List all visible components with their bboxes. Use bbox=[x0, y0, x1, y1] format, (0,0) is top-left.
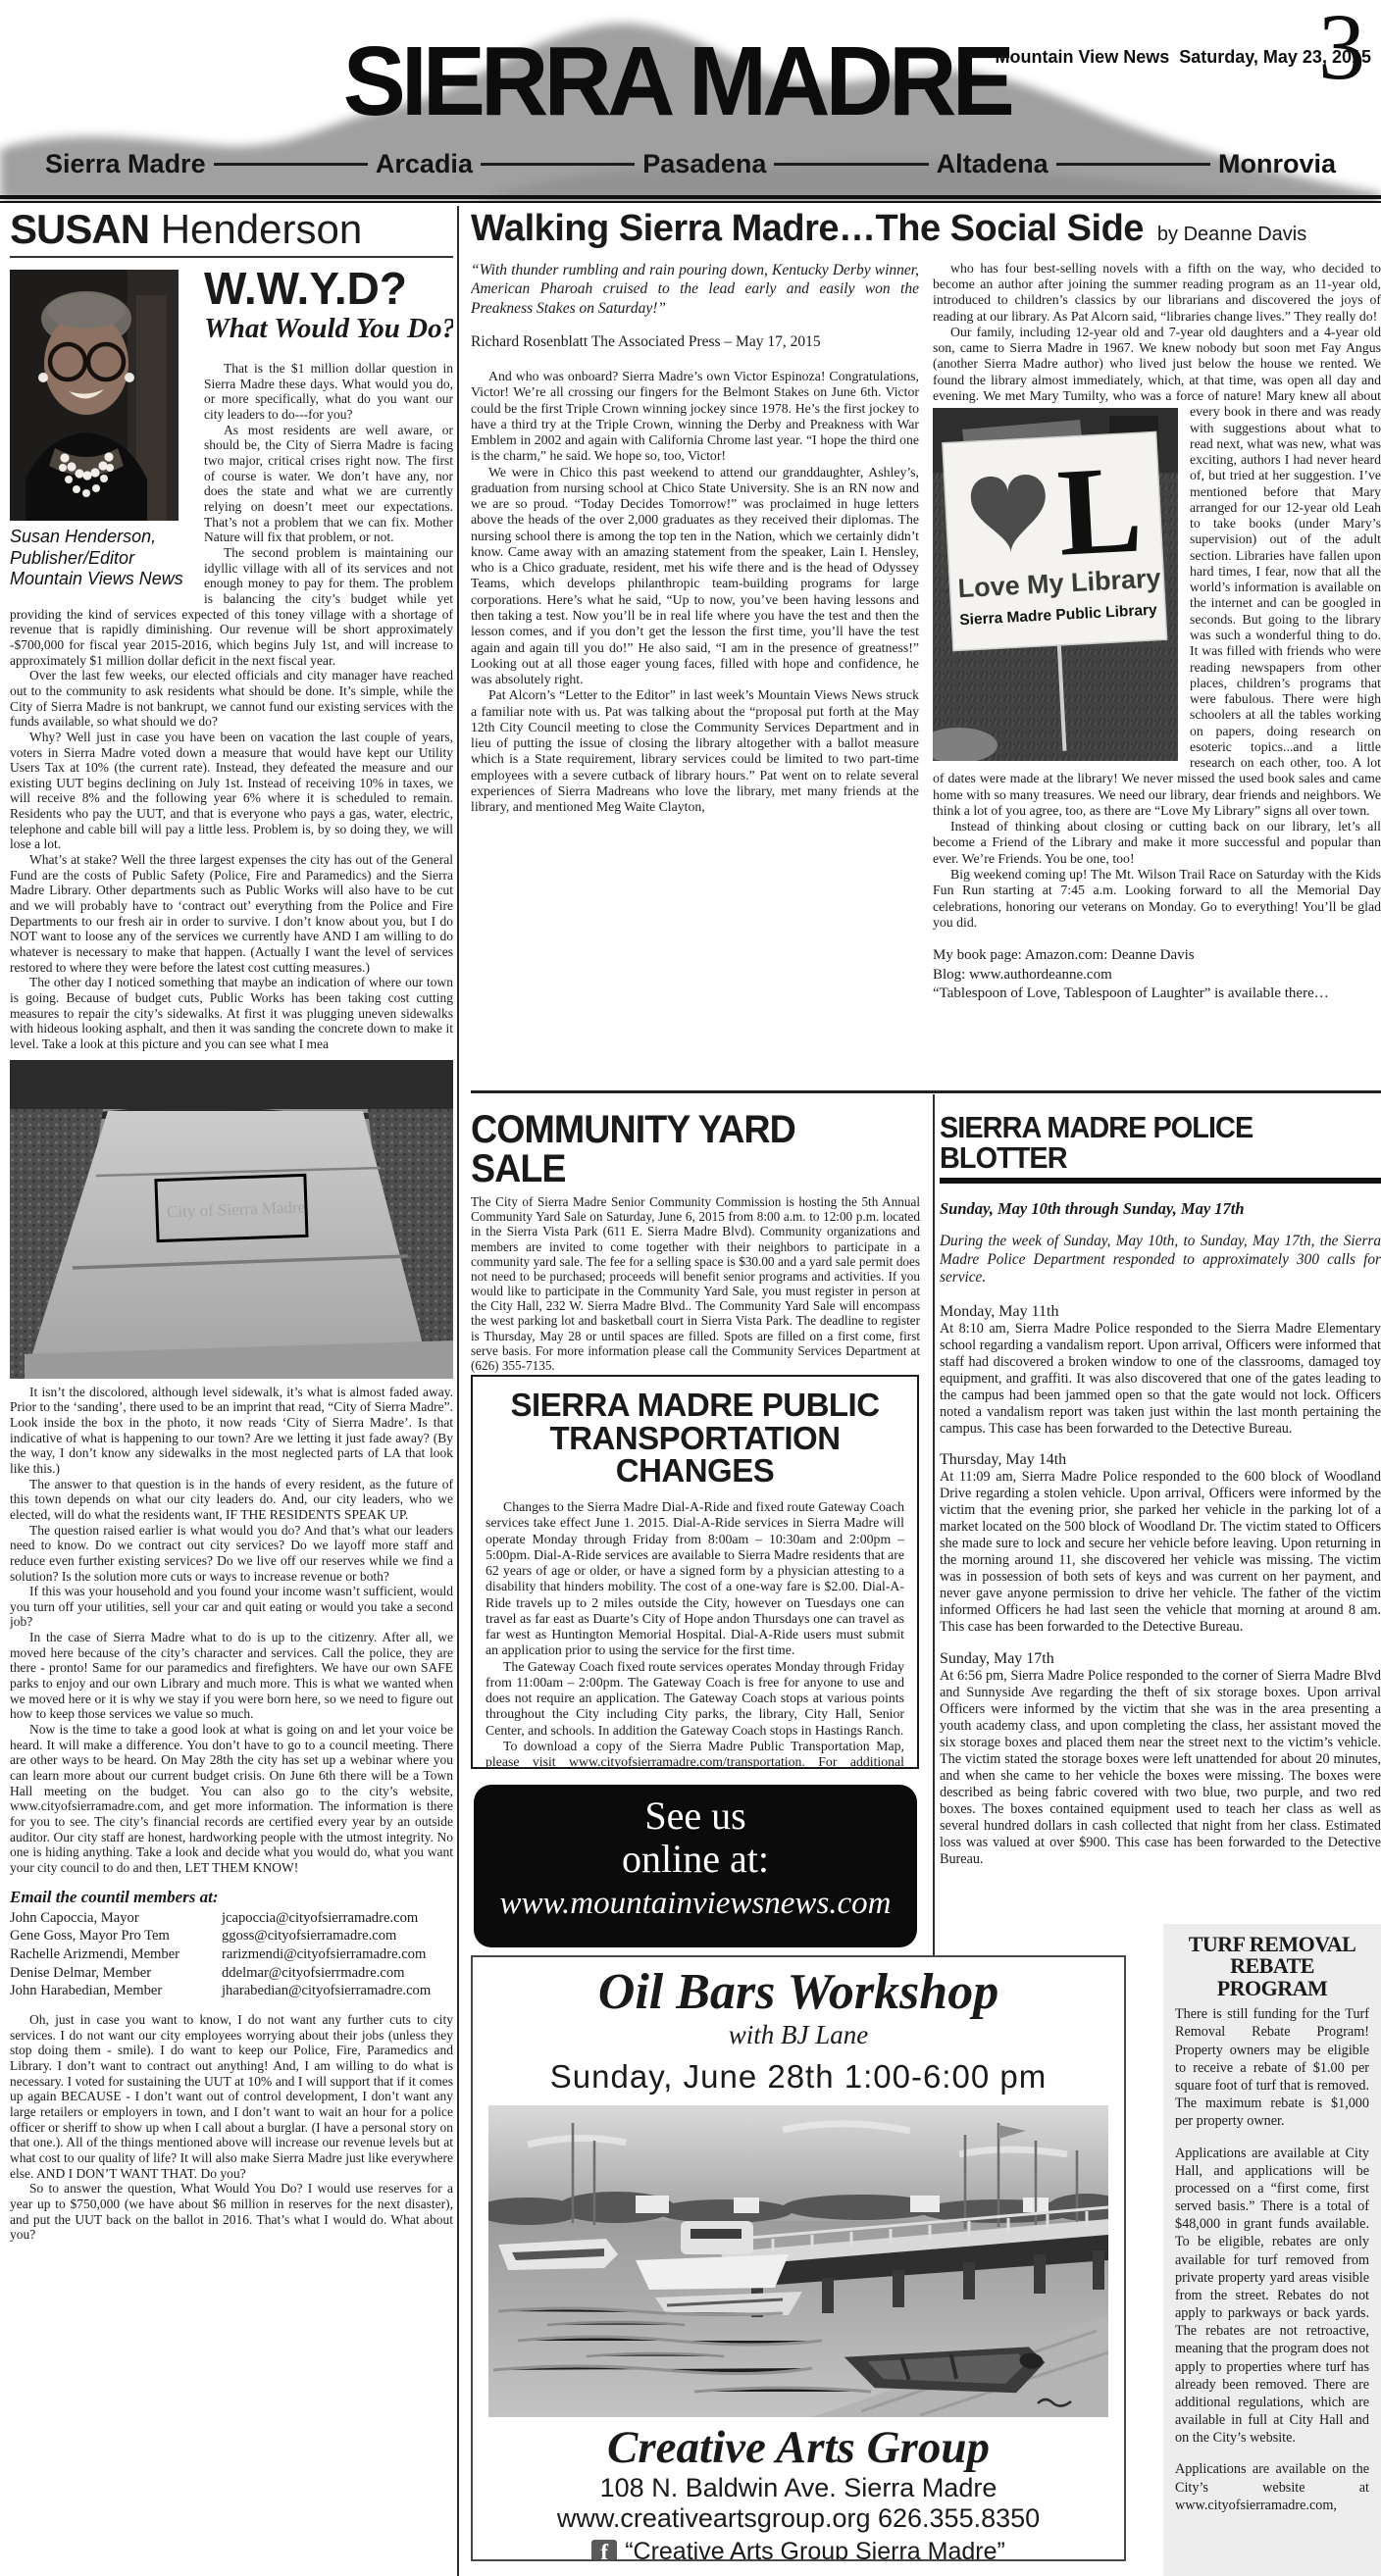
walking-paragraph: who has four best-selling novels with a … bbox=[933, 261, 1381, 325]
wwyd-paragraph: Over the last few weeks, our elected off… bbox=[10, 668, 453, 730]
transportation-title-line2: TRANSPORTATION CHANGES bbox=[549, 1420, 840, 1490]
susan-henderson-photo bbox=[10, 270, 179, 521]
wwyd-paragraph: What’s at stake? Well the three largest … bbox=[10, 852, 453, 975]
wwyd-closing-paragraph: So to answer the question, What Would Yo… bbox=[10, 2181, 453, 2243]
author-photo-block: Susan Henderson, Publisher/Editor Mounta… bbox=[10, 270, 192, 590]
sidewalk-photo: City of Sierra Madre bbox=[10, 1060, 453, 1379]
council-member-email[interactable]: rarizmendi@cityofsierramadre.com bbox=[222, 1945, 426, 1964]
turf-title-line2: REBATE PROGRAM bbox=[1217, 1953, 1328, 1999]
blog-line[interactable]: Blog: www.authordeanne.com bbox=[933, 966, 1381, 985]
blotter-intro: During the week of Sunday, May 10th, to … bbox=[940, 1233, 1381, 1288]
column-divider bbox=[933, 1094, 935, 1955]
police-blotter: SIERRA MADRE POLICE BLOTTER Sunday, May … bbox=[940, 1106, 1381, 1918]
walking-paragraph: We were in Chico this past weekend to at… bbox=[471, 465, 919, 688]
blotter-entry-date: Sunday, May 17th bbox=[940, 1650, 1381, 1668]
book-title-line: “Tablespoon of Love, Tablespoon of Laugh… bbox=[933, 985, 1381, 1004]
transportation-title-line1: SIERRA MADRE PUBLIC bbox=[510, 1387, 879, 1423]
council-member-row: John Harabedian, Member jharabedian@city… bbox=[10, 1982, 453, 2000]
wwyd-closing-paragraph: Oh, just in case you want to know, I do … bbox=[10, 2012, 453, 2181]
council-member-name: Rachelle Arizmendi, Member bbox=[10, 1945, 222, 1964]
turf-title-line1: TURF REMOVAL bbox=[1189, 1932, 1356, 1956]
issue-date-line: Mountain View News Saturday, May 23, 201… bbox=[996, 47, 1371, 68]
yard-sale-body: The City of Sierra Madre Senior Communit… bbox=[471, 1194, 920, 1373]
header-rule bbox=[0, 195, 1381, 203]
wwyd-article: SUSAN Henderson bbox=[10, 208, 453, 2573]
column-divider bbox=[457, 206, 459, 2576]
ad-org-name: Creative Arts Group bbox=[473, 2425, 1124, 2471]
council-member-email[interactable]: jharabedian@cityofsierramadre.com bbox=[222, 1982, 431, 2000]
masthead-title: SIERRA MADRE bbox=[343, 25, 1010, 138]
section-divider-rule bbox=[471, 1090, 1381, 1093]
online-url[interactable]: www.mountainviewsnews.com bbox=[474, 1886, 917, 1922]
council-member-email[interactable]: jcapoccia@cityofsierramadre.com bbox=[222, 1909, 418, 1928]
ad-title: Oil Bars Workshop bbox=[473, 1967, 1124, 2018]
walking-column-right: who has four best-selling novels with a … bbox=[933, 261, 1381, 1004]
facebook-icon[interactable]: f bbox=[591, 2540, 617, 2561]
caption-line: Publisher/Editor bbox=[10, 548, 192, 570]
author-kicker: SUSAN Henderson bbox=[10, 208, 453, 258]
section-nav: Sierra Madre Arcadia Pasadena Altadena M… bbox=[0, 149, 1381, 179]
yard-sale-title: COMMUNITY YARD SALE bbox=[471, 1110, 894, 1188]
facebook-page-name[interactable]: “Creative Arts Group Sierra Madre” bbox=[625, 2538, 1005, 2561]
wwyd-paragraph: The other day I noticed something that m… bbox=[10, 975, 453, 1051]
wwyd-paragraph: Why? Well just in case you have been on … bbox=[10, 730, 453, 852]
ad-subtitle: with BJ Lane bbox=[473, 2020, 1124, 2050]
council-member-name: John Capoccia, Mayor bbox=[10, 1909, 222, 1928]
walking-paragraph: And who was onboard? Sierra Madre’s own … bbox=[471, 369, 919, 465]
quote-attribution: Richard Rosenblatt The Associated Press … bbox=[471, 333, 919, 351]
walking-paragraph: Pat Alcorn’s “Letter to the Editor” in l… bbox=[471, 687, 919, 815]
blotter-title-rule bbox=[940, 1178, 1381, 1184]
author-last-name: Henderson bbox=[161, 208, 362, 252]
author-links: My book page: Amazon.com: Deanne Davis B… bbox=[933, 946, 1381, 1004]
walking-title: Walking Sierra Madre…The Social Side bbox=[471, 210, 1144, 249]
council-member-row: Gene Goss, Mayor Pro Tem ggoss@cityofsie… bbox=[10, 1927, 453, 1945]
wwyd-paragraph: If this was your household and you found… bbox=[10, 1584, 453, 1630]
wwyd-paragraph: It isn’t the discolored, although level … bbox=[10, 1385, 453, 1477]
harbor-painting bbox=[488, 2105, 1108, 2417]
ad-datetime: Sunday, June 28th 1:00-6:00 pm bbox=[473, 2058, 1124, 2096]
blotter-entry-date: Monday, May 11th bbox=[940, 1303, 1381, 1321]
walking-paragraph: Our family, including 12-year old and 7-… bbox=[933, 325, 1381, 819]
nav-item-sierra-madre[interactable]: Sierra Madre bbox=[45, 149, 206, 179]
council-member-row: Denise Delmar, Member ddelmar@cityofsier… bbox=[10, 1964, 453, 1983]
wwyd-paragraph: The answer to that question is in the ha… bbox=[10, 1477, 453, 1523]
council-member-email[interactable]: ddelmar@cityofsierrmadre.com bbox=[222, 1964, 404, 1983]
author-first-name: SUSAN bbox=[10, 208, 149, 252]
blotter-title: SIERRA MADRE POLICE BLOTTER bbox=[940, 1112, 1351, 1173]
transportation-box: SIERRA MADRE PUBLIC TRANSPORTATION CHANG… bbox=[471, 1375, 919, 1769]
turf-paragraph: Applications are available at City Hall,… bbox=[1175, 2145, 1369, 2448]
council-member-row: John Capoccia, Mayor jcapoccia@cityofsie… bbox=[10, 1909, 453, 1928]
walking-article: Walking Sierra Madre…The Social Side by … bbox=[471, 206, 1381, 1086]
nav-divider bbox=[214, 163, 368, 166]
wwyd-paragraph: The question raised earlier is what woul… bbox=[10, 1523, 453, 1585]
transportation-paragraph: The Gateway Coach fixed route services o… bbox=[486, 1659, 904, 1739]
nav-item-pasadena[interactable]: Pasadena bbox=[642, 149, 766, 179]
online-promo-box: See us online at: www.mountainviewsnews.… bbox=[474, 1785, 917, 1947]
nav-divider bbox=[774, 163, 928, 166]
caption-line: Susan Henderson, bbox=[10, 527, 192, 548]
walking-header: Walking Sierra Madre…The Social Side by … bbox=[471, 210, 1381, 249]
transportation-paragraph: Changes to the Sierra Madre Dial-A-Ride … bbox=[486, 1499, 904, 1659]
council-email-heading: Email the countil members at: bbox=[10, 1888, 453, 1907]
walking-byline: by Deanne Davis bbox=[1157, 224, 1306, 246]
nav-divider bbox=[481, 163, 635, 166]
creative-arts-ad: Oil Bars Workshop with BJ Lane Sunday, J… bbox=[471, 1955, 1126, 2561]
blotter-entry-date: Thursday, May 14th bbox=[940, 1451, 1381, 1469]
nav-item-monrovia[interactable]: Monrovia bbox=[1218, 149, 1336, 179]
yard-sale-section: COMMUNITY YARD SALE The City of Sierra M… bbox=[471, 1100, 920, 1373]
online-line1: See us bbox=[474, 1794, 917, 1838]
wwyd-paragraph: Now is the time to take a good look at w… bbox=[10, 1722, 453, 1876]
book-page-line[interactable]: My book page: Amazon.com: Deanne Davis bbox=[933, 946, 1381, 966]
lede-quote: “With thunder rumbling and rain pouring … bbox=[471, 261, 919, 318]
newspaper-page: 3 Mountain View News Saturday, May 23, 2… bbox=[0, 0, 1381, 2576]
turf-paragraph: There is still funding for the Turf Remo… bbox=[1175, 2005, 1369, 2130]
blotter-entry-text: At 11:09 am, Sierra Madre Police respond… bbox=[940, 1469, 1381, 1636]
nav-item-arcadia[interactable]: Arcadia bbox=[376, 149, 473, 179]
sign-letter-l: L bbox=[1054, 439, 1146, 582]
turf-rebate-title: TURF REMOVAL REBATE PROGRAM bbox=[1175, 1934, 1369, 1999]
caption-line: Mountain Views News bbox=[10, 569, 192, 590]
ad-web-phone[interactable]: www.creativeartsgroup.org 626.355.8350 bbox=[473, 2503, 1124, 2534]
turf-paragraph: Applications are available on the City’s… bbox=[1175, 2460, 1369, 2514]
walking-column-left: “With thunder rumbling and rain pouring … bbox=[471, 261, 919, 1004]
nav-item-altadena[interactable]: Altadena bbox=[937, 149, 1049, 179]
turf-rebate-box: TURF REMOVAL REBATE PROGRAM There is sti… bbox=[1163, 1924, 1381, 2576]
transportation-paragraph: To download a copy of the Sierra Madre P… bbox=[486, 1739, 904, 1769]
photo-caption: Susan Henderson, Publisher/Editor Mounta… bbox=[10, 527, 192, 590]
library-sign-photo: L Love My Library Sierra Madre Public Li… bbox=[933, 408, 1178, 761]
blotter-date-range: Sunday, May 10th through Sunday, May 17t… bbox=[940, 1199, 1381, 1219]
blotter-entry-text: At 6:56 pm, Sierra Madre Police responde… bbox=[940, 1668, 1381, 1868]
online-line2: online at: bbox=[474, 1838, 917, 1881]
walking-paragraph: Instead of thinking about closing or cut… bbox=[933, 819, 1381, 867]
blotter-entry-text: At 8:10 am, Sierra Madre Police responde… bbox=[940, 1321, 1381, 1438]
nav-divider bbox=[1056, 163, 1210, 166]
council-member-email[interactable]: ggoss@cityofsierramadre.com bbox=[222, 1927, 396, 1945]
council-member-name: Denise Delmar, Member bbox=[10, 1964, 222, 1983]
walking-paragraph: Big weekend coming up! The Mt. Wilson Tr… bbox=[933, 867, 1381, 931]
council-member-row: Rachelle Arizmendi, Member rarizmendi@ci… bbox=[10, 1945, 453, 1964]
ad-address: 108 N. Baldwin Ave. Sierra Madre bbox=[473, 2473, 1124, 2503]
ad-facebook-line[interactable]: f “Creative Arts Group Sierra Madre” bbox=[473, 2538, 1124, 2561]
wwyd-paragraph: In the case of Sierra Madre what to do i… bbox=[10, 1630, 453, 1722]
council-member-name: Gene Goss, Mayor Pro Tem bbox=[10, 1927, 222, 1945]
transportation-title: SIERRA MADRE PUBLIC TRANSPORTATION CHANG… bbox=[486, 1389, 904, 1488]
council-member-name: John Harabedian, Member bbox=[10, 1982, 222, 2000]
